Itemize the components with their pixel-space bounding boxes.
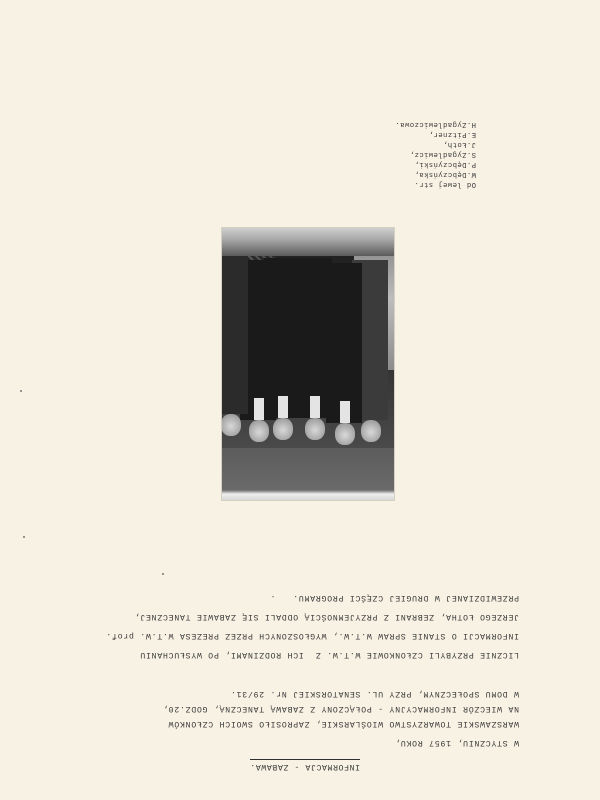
paragraph1-line: WARSZAWSKIE TOWARZYSTWO WIOŚLARSKIE, ZAP…	[168, 719, 519, 728]
paper-speck	[162, 573, 164, 575]
paragraph1-line: W DOMU SPOŁECZNYM, PRZY UL. SENATORSKIEJ…	[230, 689, 519, 698]
paragraph2-line: LICZNIE PRZYBYLI CZŁONKOWIE W.T.W. Z ICH…	[140, 650, 519, 659]
paragraph2-line: INFORMACJI O STANIE SPRAW W.T.W., WYGŁOS…	[106, 631, 519, 640]
caption-line: Od lewej str.	[414, 180, 476, 188]
caption-line: S.Zygadlewicz,	[409, 150, 476, 158]
document-heading: INFORMACJA - ZABAWA.	[250, 759, 360, 771]
caption-line: P.Dębczyński,	[414, 160, 476, 168]
group-photo	[222, 228, 394, 500]
photo-floor	[222, 448, 394, 500]
paper-speck	[23, 536, 25, 538]
caption-line: J.Łoth,	[443, 140, 476, 148]
paragraph1-line: NA WIECZÓR INFORMACYJNY - POŁĄCZONY Z ZA…	[162, 704, 519, 713]
caption-line: H.Zygadlewiczowa.	[395, 120, 476, 128]
paper-speck	[20, 390, 22, 392]
paragraph2-line: PRZEWIDZIANEJ W DRUGIEJ CZĘŚCI PROGRAMU.…	[270, 593, 519, 602]
photo-ceiling	[222, 228, 394, 256]
date-line: W STYCZNIU, 1957 ROKU,	[394, 738, 519, 747]
paragraph2-line: JERZEGO ŁOTHA, ZEBRANI Z PRZYJEMNOŚCIĄ O…	[134, 612, 519, 621]
caption-line: W.Dębczyńska,	[414, 170, 476, 178]
caption-line: E.Pitzner,	[428, 130, 476, 138]
document-page: INFORMACJA - ZABAWA. W STYCZNIU, 1957 RO…	[0, 0, 600, 800]
